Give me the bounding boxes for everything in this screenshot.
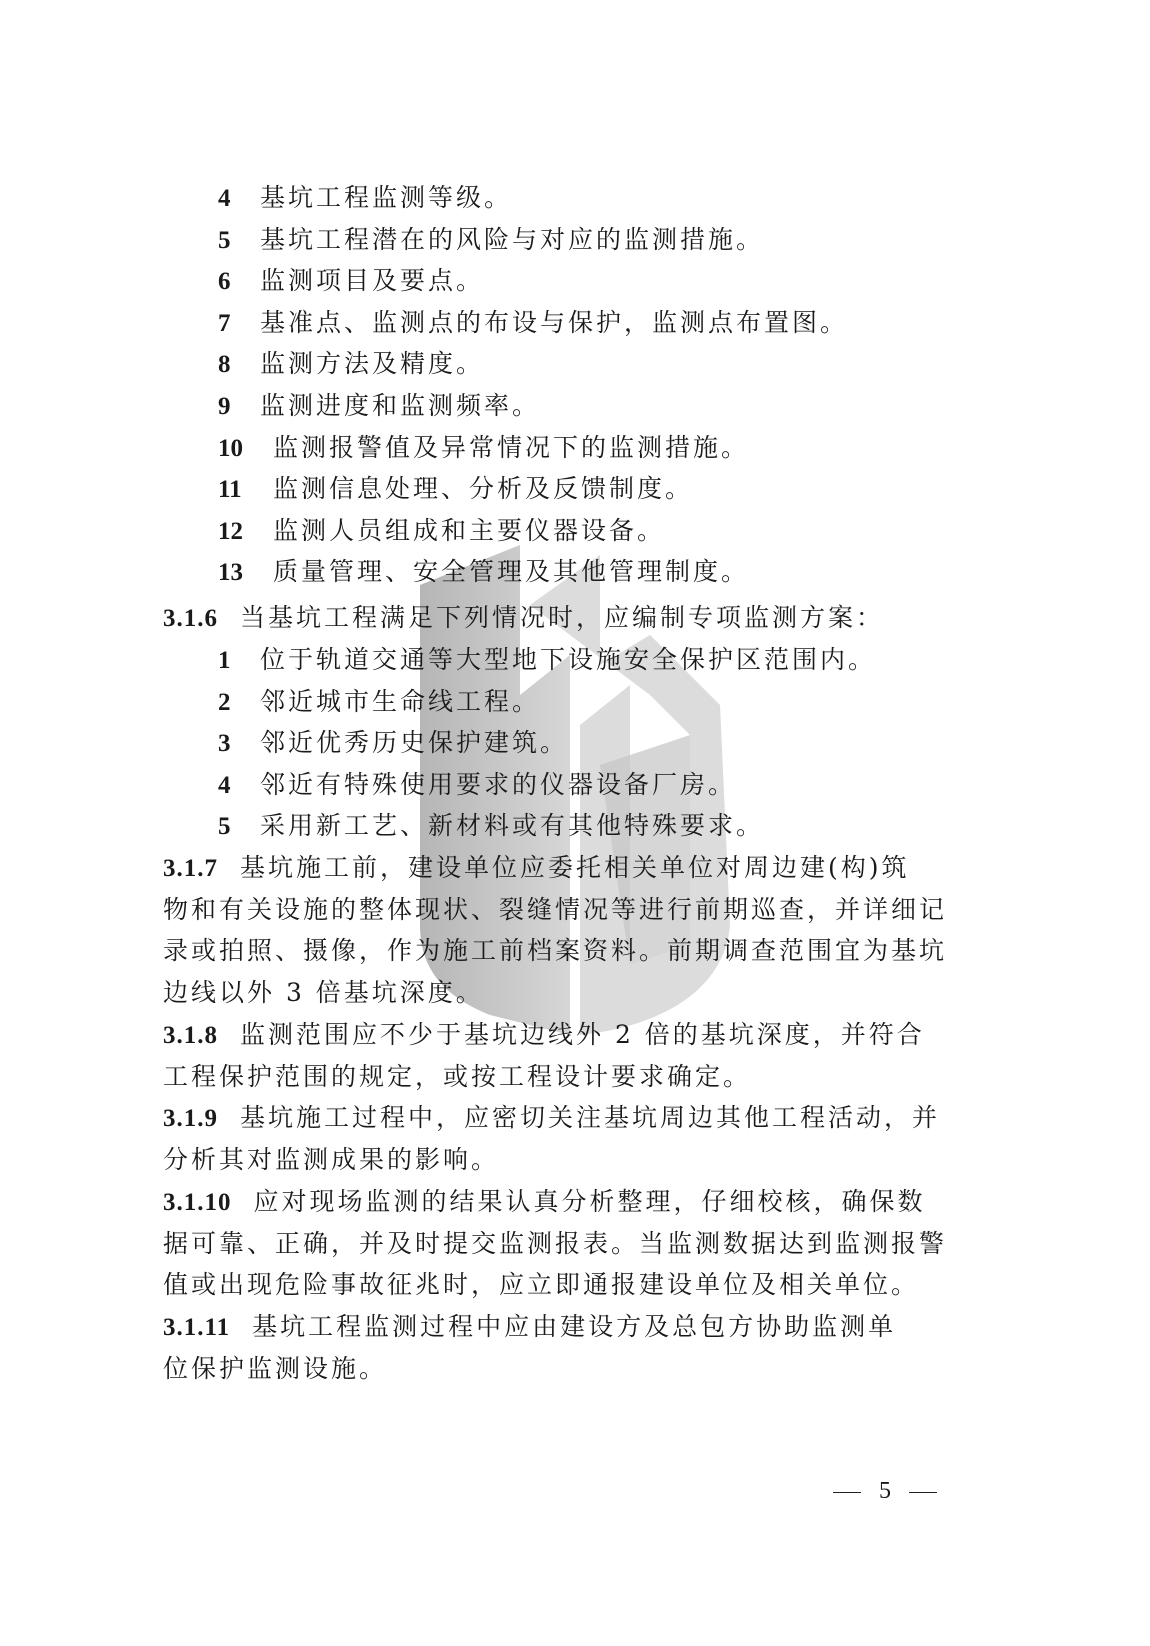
item-text: 监测进度和监测频率。 xyxy=(260,391,540,420)
dash-left xyxy=(833,1492,861,1493)
item-number: 1 xyxy=(218,646,260,676)
clause-text: 分析其对监测成果的影响。 xyxy=(163,1145,499,1174)
list-item: 2邻近城市生命线工程。 xyxy=(218,687,540,718)
item-number: 10 xyxy=(218,434,273,464)
clause-3-1-7-cont: 物和有关设施的整体现状、裂缝情况等进行前期巡查，并详细记 xyxy=(163,895,947,925)
list-item: 1位于轨道交通等大型地下设施安全保护区范围内。 xyxy=(218,645,876,676)
item-text: 监测方法及精度。 xyxy=(260,349,484,378)
clause-3-1-9-cont: 分析其对监测成果的影响。 xyxy=(163,1145,499,1175)
clause-text: 物和有关设施的整体现状、裂缝情况等进行前期巡查，并详细记 xyxy=(163,895,947,924)
clause-3-1-7-cont: 录或拍照、摄像，作为施工前档案资料。前期调查范围宜为基坑 xyxy=(163,936,947,966)
clause-text: 工程保护范围的规定，或按工程设计要求确定。 xyxy=(163,1062,751,1091)
item-text: 质量管理、安全管理及其他管理制度。 xyxy=(273,557,749,586)
clause-number: 3.1.11 xyxy=(163,1313,230,1343)
clause-3-1-10-cont: 值或出现危险事故征兆时，应立即通报建设单位及相关单位。 xyxy=(163,1270,919,1300)
item-text: 邻近有特殊使用要求的仪器设备厂房。 xyxy=(260,770,736,799)
item-text: 监测人员组成和主要仪器设备。 xyxy=(273,516,665,545)
clause-text: 监测范围应不少于基坑边线外 2 倍的基坑深度，并符合 xyxy=(240,1020,925,1049)
clause-3-1-6: 3.1.6当基坑工程满足下列情况时，应编制专项监测方案： xyxy=(163,603,884,634)
dash-right xyxy=(909,1492,937,1493)
item-text: 基坑工程监测等级。 xyxy=(260,183,512,212)
item-number: 12 xyxy=(218,517,273,547)
item-text: 监测项目及要点。 xyxy=(260,266,484,295)
item-text: 邻近优秀历史保护建筑。 xyxy=(260,728,568,757)
list-item: 4基坑工程监测等级。 xyxy=(218,183,512,214)
list-item: 5采用新工艺、新材料或有其他特殊要求。 xyxy=(218,811,764,842)
clause-text: 值或出现危险事故征兆时，应立即通报建设单位及相关单位。 xyxy=(163,1270,919,1299)
clause-text: 基坑施工过程中，应密切关注基坑周边其他工程活动，并 xyxy=(240,1103,940,1132)
list-item: 3邻近优秀历史保护建筑。 xyxy=(218,728,568,759)
clause-3-1-7-cont: 边线以外 3 倍基坑深度。 xyxy=(163,978,484,1008)
item-text: 采用新工艺、新材料或有其他特殊要求。 xyxy=(260,811,764,840)
list-item: 12监测人员组成和主要仪器设备。 xyxy=(218,516,665,547)
clause-3-1-8-cont: 工程保护范围的规定，或按工程设计要求确定。 xyxy=(163,1062,751,1092)
item-number: 11 xyxy=(218,475,273,505)
clause-text: 位保护监测设施。 xyxy=(163,1354,387,1383)
clause-3-1-7: 3.1.7基坑施工前，建设单位应委托相关单位对周边建(构)筑 xyxy=(163,853,910,884)
list-item: 10监测报警值及异常情况下的监测措施。 xyxy=(218,433,749,464)
list-item: 9监测进度和监测频率。 xyxy=(218,391,540,422)
item-number: 2 xyxy=(218,688,260,718)
item-number: 4 xyxy=(218,771,260,801)
list-item: 6监测项目及要点。 xyxy=(218,266,484,297)
clause-number: 3.1.8 xyxy=(163,1021,218,1051)
item-number: 13 xyxy=(218,558,273,588)
item-text: 监测信息处理、分析及反馈制度。 xyxy=(273,474,693,503)
item-number: 6 xyxy=(218,267,260,297)
list-item: 13质量管理、安全管理及其他管理制度。 xyxy=(218,557,749,588)
item-text: 邻近城市生命线工程。 xyxy=(260,687,540,716)
list-item: 8监测方法及精度。 xyxy=(218,349,484,380)
item-text: 基准点、监测点的布设与保护，监测点布置图。 xyxy=(260,308,848,337)
clause-text: 基坑施工前，建设单位应委托相关单位对周边建(构)筑 xyxy=(240,853,910,882)
item-number: 7 xyxy=(218,309,260,339)
list-item: 4邻近有特殊使用要求的仪器设备厂房。 xyxy=(218,770,736,801)
clause-text: 边线以外 3 倍基坑深度。 xyxy=(163,978,484,1007)
clause-text: 应对现场监测的结果认真分析整理，仔细校核，确保数 xyxy=(254,1187,926,1216)
clause-number: 3.1.9 xyxy=(163,1104,218,1134)
clause-text: 据可靠、正确，并及时提交监测报表。当监测数据达到监测报警 xyxy=(163,1229,947,1258)
clause-number: 3.1.7 xyxy=(163,854,218,884)
clause-text: 录或拍照、摄像，作为施工前档案资料。前期调查范围宜为基坑 xyxy=(163,936,947,965)
clause-3-1-11: 3.1.11基坑工程监测过程中应由建设方及总包方协助监测单 xyxy=(163,1312,896,1343)
clause-number: 3.1.6 xyxy=(163,604,218,634)
clause-text: 当基坑工程满足下列情况时，应编制专项监测方案： xyxy=(240,603,884,632)
item-number: 3 xyxy=(218,729,260,759)
clause-number: 3.1.10 xyxy=(163,1188,232,1218)
clause-3-1-11-cont: 位保护监测设施。 xyxy=(163,1354,387,1384)
item-number: 5 xyxy=(218,812,260,842)
clause-3-1-9: 3.1.9基坑施工过程中，应密切关注基坑周边其他工程活动，并 xyxy=(163,1103,940,1134)
list-item: 11监测信息处理、分析及反馈制度。 xyxy=(218,474,693,505)
page-number: 5 xyxy=(815,1478,955,1505)
clause-3-1-8: 3.1.8监测范围应不少于基坑边线外 2 倍的基坑深度，并符合 xyxy=(163,1020,925,1051)
list-item: 5基坑工程潜在的风险与对应的监测措施。 xyxy=(218,225,764,256)
item-number: 4 xyxy=(218,184,260,214)
item-text: 位于轨道交通等大型地下设施安全保护区范围内。 xyxy=(260,645,876,674)
clause-3-1-10: 3.1.10应对现场监测的结果认真分析整理，仔细校核，确保数 xyxy=(163,1187,926,1218)
clause-3-1-10-cont: 据可靠、正确，并及时提交监测报表。当监测数据达到监测报警 xyxy=(163,1229,947,1259)
item-number: 5 xyxy=(218,226,260,256)
list-item: 7基准点、监测点的布设与保护，监测点布置图。 xyxy=(218,308,848,339)
item-number: 9 xyxy=(218,392,260,422)
item-text: 基坑工程潜在的风险与对应的监测措施。 xyxy=(260,225,764,254)
clause-text: 基坑工程监测过程中应由建设方及总包方协助监测单 xyxy=(252,1312,896,1341)
item-text: 监测报警值及异常情况下的监测措施。 xyxy=(273,433,749,462)
page-number-value: 5 xyxy=(879,1478,891,1504)
item-number: 8 xyxy=(218,350,260,380)
